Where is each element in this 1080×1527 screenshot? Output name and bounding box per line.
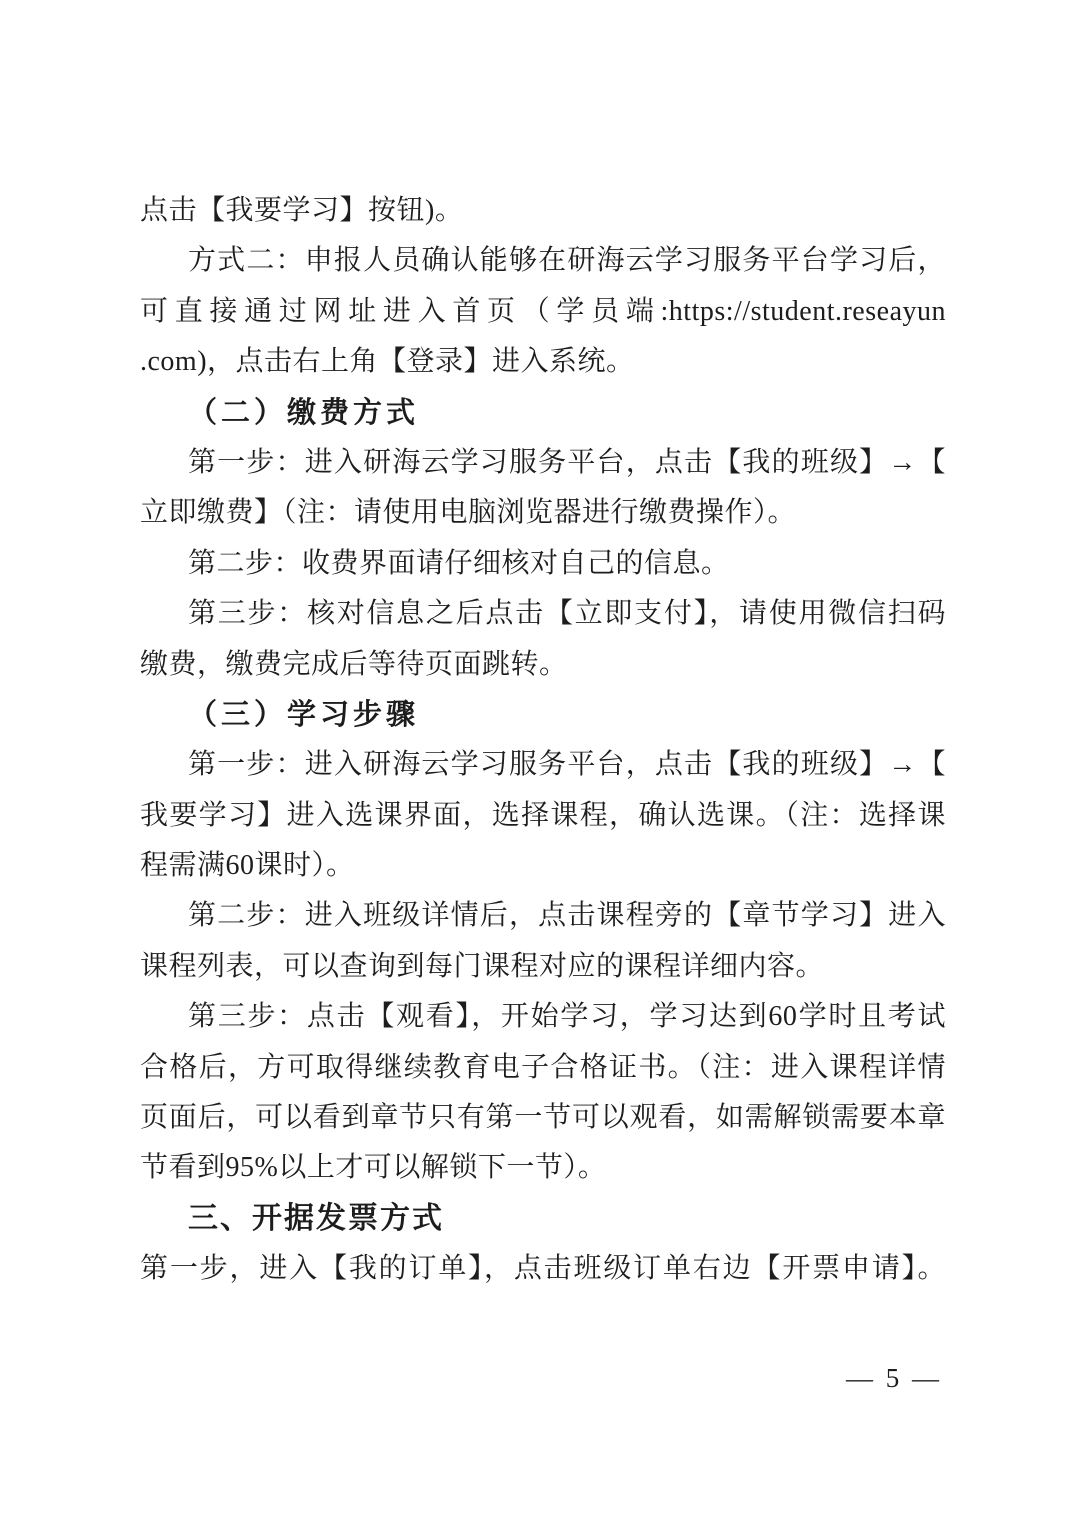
document-body: 点击【我要学习】按钮)。 方式二：申报人员确认能够在研海云学习服务平台学习后， … xyxy=(140,186,946,1295)
doc-line: 课程列表，可以查询到每门课程对应的课程详细内容。 xyxy=(140,942,946,992)
section-heading: （二）缴费方式 xyxy=(140,388,946,438)
doc-line: 合格后，方可取得继续教育电子合格证书。（注：进入课程详情 xyxy=(140,1043,946,1093)
doc-line: 缴费，缴费完成后等待页面跳转。 xyxy=(140,640,946,690)
section-heading: （三）学习步骤 xyxy=(140,690,946,740)
doc-line: 点击【我要学习】按钮)。 xyxy=(140,186,946,236)
doc-line: 第二步：进入班级详情后，点击课程旁的【章节学习】进入 xyxy=(140,891,946,941)
doc-line: 节看到95%以上才可以解锁下一节）。 xyxy=(140,1143,946,1193)
doc-line: 第一步：进入研海云学习服务平台，点击【我的班级】→【 xyxy=(140,438,946,488)
doc-line: 方式二：申报人员确认能够在研海云学习服务平台学习后， xyxy=(140,236,946,286)
doc-line: 第一步，进入【我的订单】，点击班级订单右边【开票申请】。 xyxy=(140,1244,946,1294)
doc-line: .com)，点击右上角【登录】进入系统。 xyxy=(140,337,946,387)
doc-line: 第二步：收费界面请仔细核对自己的信息。 xyxy=(140,539,946,589)
doc-line: 第三步：点击【观看】，开始学习，学习达到60学时且考试 xyxy=(140,992,946,1042)
doc-line: 可直接通过网址进入首页（学员端:https://student.reseayun xyxy=(140,287,946,337)
doc-line: 程需满60课时）。 xyxy=(140,841,946,891)
page-number: — 5 — xyxy=(846,1360,942,1396)
section-heading: 三、开据发票方式 xyxy=(140,1194,946,1244)
doc-line: 第三步：核对信息之后点击【立即支付】，请使用微信扫码 xyxy=(140,589,946,639)
doc-line: 我要学习】进入选课界面，选择课程，确认选课。（注：选择课 xyxy=(140,791,946,841)
doc-line: 立即缴费】（注：请使用电脑浏览器进行缴费操作）。 xyxy=(140,488,946,538)
doc-line: 页面后，可以看到章节只有第一节可以观看，如需解锁需要本章 xyxy=(140,1093,946,1143)
document-page: { "page": { "background": "#ffffff", "te… xyxy=(0,0,1080,1527)
doc-line: 第一步：进入研海云学习服务平台，点击【我的班级】→【 xyxy=(140,740,946,790)
